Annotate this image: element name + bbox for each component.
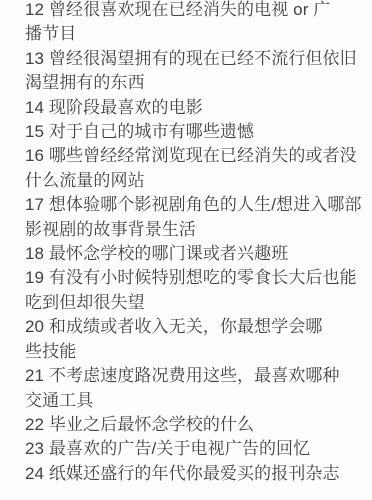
item-continuation-line: 吃到但却很失望 (25, 291, 356, 315)
item-continuation-line: 什么流量的网站 (25, 169, 356, 193)
list-item: 23 最喜欢的广告/关于电视广告的回忆 (25, 437, 356, 461)
list-item: 17 想体验哪个影视剧角色的人生/想进入哪部影视剧的故事背景生活 (25, 193, 356, 242)
item-first-line: 13 曾经很渴望拥有的现在已经不流行但依旧 (25, 47, 356, 71)
item-first-line: 17 想体验哪个影视剧角色的人生/想进入哪部 (25, 193, 356, 217)
item-first-line: 15 对于自己的城市有哪些遗憾 (25, 120, 356, 144)
list-item: 20 和成绩或者收入无关，你最想学会哪些技能 (25, 315, 356, 364)
item-continuation-line: 交通工具 (25, 389, 356, 413)
item-continuation-line: 影视剧的故事背景生活 (25, 218, 356, 242)
list-item: 19 有没有小时候特别想吃的零食长大后也能吃到但却很失望 (25, 266, 356, 315)
list-item: 22 毕业之后最怀念学校的什么 (25, 413, 356, 437)
list-item: 12 曾经很喜欢现在已经消失的电视 or 广播节目 (25, 0, 356, 47)
item-first-line: 16 哪些曾经经常浏览现在已经消失的或者没 (25, 144, 356, 168)
item-first-line: 14 现阶段最喜欢的电影 (25, 96, 356, 120)
item-first-line: 21 不考虑速度路况费用这些，最喜欢哪种 (25, 364, 356, 388)
list-item: 16 哪些曾经经常浏览现在已经消失的或者没什么流量的网站 (25, 144, 356, 193)
item-first-line: 23 最喜欢的广告/关于电视广告的回忆 (25, 437, 356, 461)
list-item: 14 现阶段最喜欢的电影 (25, 96, 356, 120)
item-continuation-line: 些技能 (25, 340, 356, 364)
item-continuation-line: 渴望拥有的东西 (25, 71, 356, 95)
item-first-line: 20 和成绩或者收入无关，你最想学会哪 (25, 315, 356, 339)
list-item: 13 曾经很渴望拥有的现在已经不流行但依旧渴望拥有的东西 (25, 47, 356, 96)
question-list: 12 曾经很喜欢现在已经消失的电视 or 广播节目13 曾经很渴望拥有的现在已经… (0, 0, 372, 486)
item-first-line: 12 曾经很喜欢现在已经消失的电视 or 广 (25, 0, 356, 22)
list-item: 24 纸媒还盛行的年代你最爱买的报刊杂志 (25, 462, 356, 486)
item-first-line: 19 有没有小时候特别想吃的零食长大后也能 (25, 266, 356, 290)
list-item: 21 不考虑速度路况费用这些，最喜欢哪种交通工具 (25, 364, 356, 413)
list-item: 18 最怀念学校的哪门课或者兴趣班 (25, 242, 356, 266)
screenshot-page: 12 曾经很喜欢现在已经消失的电视 or 广播节目13 曾经很渴望拥有的现在已经… (0, 0, 372, 500)
item-continuation-line: 播节目 (25, 22, 356, 46)
item-first-line: 24 纸媒还盛行的年代你最爱买的报刊杂志 (25, 462, 356, 486)
list-item: 15 对于自己的城市有哪些遗憾 (25, 120, 356, 144)
item-first-line: 18 最怀念学校的哪门课或者兴趣班 (25, 242, 356, 266)
item-first-line: 22 毕业之后最怀念学校的什么 (25, 413, 356, 437)
